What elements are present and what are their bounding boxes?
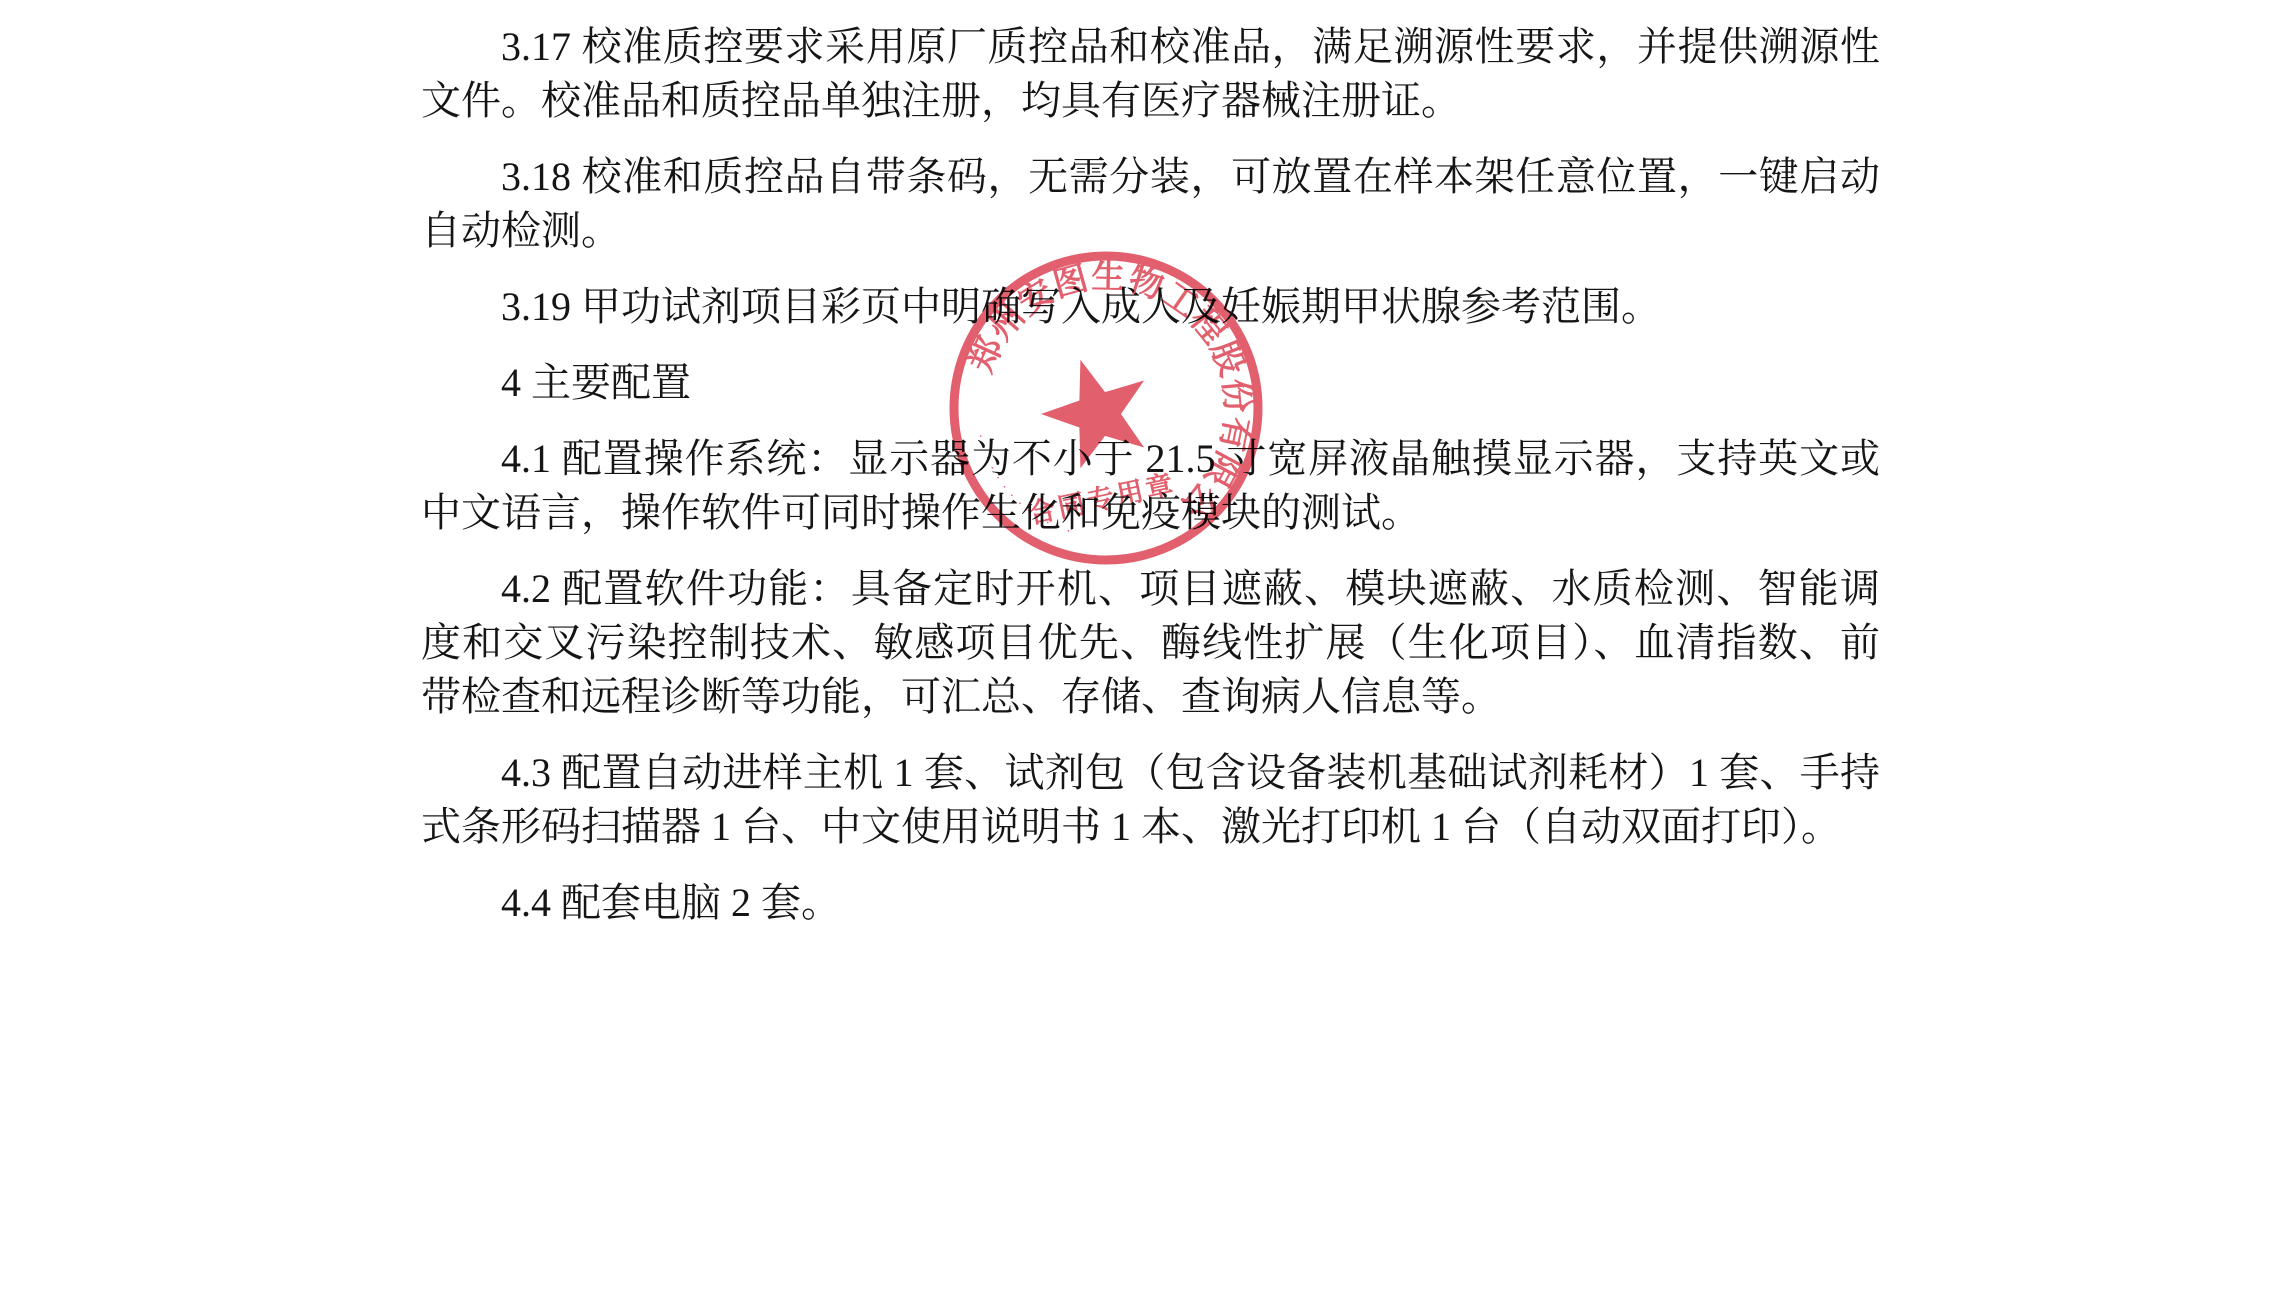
- document-body: 3.17 校准质控要求采用原厂质控品和校准品，满足溯源性要求，并提供溯源性文件。…: [421, 20, 1880, 952]
- paragraph-4-4: 4.4 配套电脑 2 套。: [421, 876, 1880, 930]
- paragraph-4-1: 4.1 配置操作系统：显示器为不小于 21.5 寸宽屏液晶触摸显示器，支持英文或…: [421, 432, 1880, 540]
- section-4-heading: 4 主要配置: [421, 356, 1880, 410]
- paragraph-3-17: 3.17 校准质控要求采用原厂质控品和校准品，满足溯源性要求，并提供溯源性文件。…: [421, 20, 1880, 128]
- paragraph-4-2: 4.2 配置软件功能：具备定时开机、项目遮蔽、模块遮蔽、水质检测、智能调度和交叉…: [421, 562, 1880, 724]
- document-page: 3.17 校准质控要求采用原厂质控品和校准品，满足溯源性要求，并提供溯源性文件。…: [0, 0, 2281, 1312]
- paragraph-4-3: 4.3 配置自动进样主机 1 套、试剂包（包含设备装机基础试剂耗材）1 套、手持…: [421, 746, 1880, 854]
- paragraph-3-19: 3.19 甲功试剂项目彩页中明确写入成人及妊娠期甲状腺参考范围。: [421, 280, 1880, 334]
- paragraph-3-18: 3.18 校准和质控品自带条码，无需分装，可放置在样本架任意位置，一键启动自动检…: [421, 150, 1880, 258]
